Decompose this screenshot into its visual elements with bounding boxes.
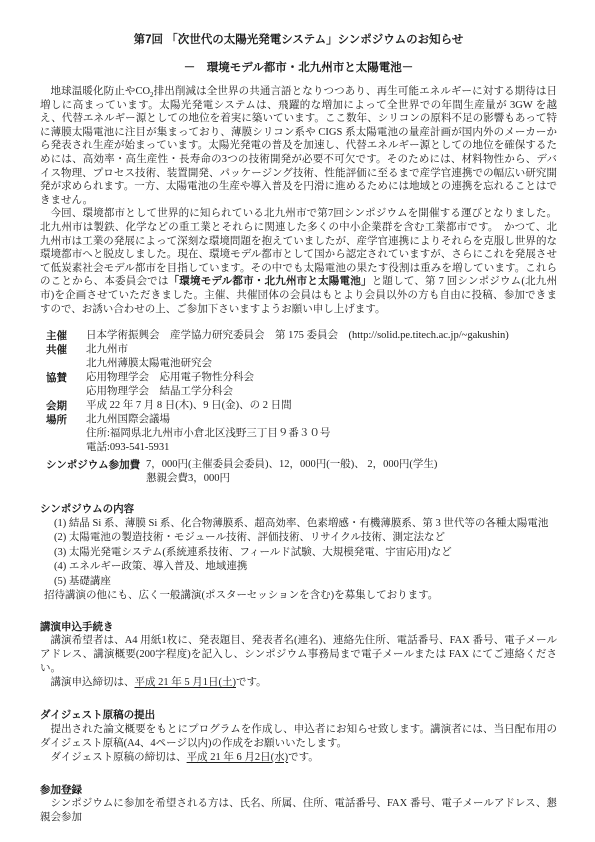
info-row-cohost: 共催 北九州市 北九州薄膜太陽電池研究会 — [46, 343, 557, 371]
info-value-line: 北九州国際会議場 — [86, 413, 557, 427]
info-value-cohost: 北九州市 北九州薄膜太陽電池研究会 — [86, 343, 557, 371]
application-deadline: 講演申込締切は、平成 21 年 5 月1日(土)です。 — [40, 676, 557, 690]
document-subtitle: － 環境モデル都市・北九州市と太陽電池－ — [40, 61, 557, 75]
info-value-line: 電話:093-541-5931 — [86, 441, 557, 455]
section-heading-application: 講演申込手続き — [40, 620, 557, 635]
section-registration: 参加登録 シンポジウムに参加を希望される方は、氏名、所属、住所、電話番号、FAX… — [40, 783, 557, 826]
intro-p1-rest: 排出削減は全世界の共通言語となりつつあり、再生可能エネルギーに対する期待は日増し… — [40, 86, 557, 206]
info-row-organizer: 主催 日本学術振興会 産学協力研究委員会 第 175 委員会 (http://s… — [46, 329, 557, 343]
info-value-line: 北九州市 — [86, 343, 557, 357]
document-title: 第7回 「次世代の太陽光発電システム」シンポジウムのお知らせ — [40, 33, 557, 47]
info-label-fee: シンポジウム参加費 — [46, 458, 146, 486]
contents-item-2: (2) 太陽電池の製造技術・モジュール技術、評価技術、リサイクル技術、測定法など — [54, 531, 557, 546]
application-deadline-suffix: です。 — [236, 677, 267, 688]
contents-note: 招待講演の他にも、広く一般講演(ポスターセッションを含む)を募集しております。 — [44, 589, 557, 604]
info-row-dates: 会期 平成 22 年 7 月 8 日(木)、9 日(金)、の 2 日間 — [46, 399, 557, 413]
info-value-line: 北九州薄膜太陽電池研究会 — [86, 357, 557, 371]
info-row-sponsor: 協賛 応用物理学会 応用電子物性分科会 応用物理学会 結晶工学分科会 — [46, 371, 557, 399]
digest-deadline: ダイジェスト原稿の締切は、平成 21 年 6 月2日(水)です。 — [40, 751, 557, 765]
digest-deadline-prefix: ダイジェスト原稿の締切は、 — [51, 752, 187, 763]
info-value-organizer: 日本学術振興会 産学協力研究委員会 第 175 委員会 (http://soli… — [86, 329, 557, 343]
event-info-list: 主催 日本学術振興会 産学協力研究委員会 第 175 委員会 (http://s… — [46, 329, 557, 486]
intro-block: 地球温暖化防止やCO2排出削減は全世界の共通言語となりつつあり、再生可能エネルギ… — [40, 85, 557, 316]
contents-item-5: (5) 基礎講座 — [54, 575, 557, 590]
info-value-sponsor: 応用物理学会 応用電子物性分科会 応用物理学会 結晶工学分科会 — [86, 371, 557, 399]
info-label-venue: 場所 — [46, 413, 86, 455]
contents-item-3: (3) 太陽光発電システム(系統連系技術、フィールド試験、大規模発電、宇宙応用)… — [54, 546, 557, 561]
section-symposium-contents: シンポジウムの内容 (1) 結晶 Si 系、薄膜 Si 系、化合物薄膜系、超高効… — [40, 502, 557, 604]
registration-body: シンポジウムに参加を希望される方は、氏名、所属、住所、電話番号、FAX 番号、電… — [40, 797, 557, 825]
info-value-line: 7，000円(主催委員会委員)、12，000円(一般)、 2，000円(学生) — [146, 458, 557, 472]
document-page: 第7回 「次世代の太陽光発電システム」シンポジウムのお知らせ － 環境モデル都市… — [0, 0, 595, 842]
intro-p1-lead: 地球温暖化防止やCO — [51, 86, 151, 97]
digest-body: 提出された論文概要をもとにプログラムを作成し、申込者にお知らせ致します。講演者に… — [40, 723, 557, 751]
info-value-line: 応用物理学会 応用電子物性分科会 — [86, 371, 557, 385]
application-deadline-prefix: 講演申込締切は、 — [51, 677, 135, 688]
info-value-line: 住所:福岡県北九州市小倉北区浅野三丁目９番３０号 — [86, 427, 557, 441]
section-heading-contents: シンポジウムの内容 — [40, 502, 557, 517]
section-heading-registration: 参加登録 — [40, 783, 557, 798]
intro-paragraph-1: 地球温暖化防止やCO2排出削減は全世界の共通言語となりつつあり、再生可能エネルギ… — [40, 85, 557, 207]
info-label-sponsor: 協賛 — [46, 371, 86, 399]
info-value-line: 応用物理学会 結晶工学分科会 — [86, 385, 557, 399]
application-deadline-date: 平成 21 年 5 月1日(土) — [135, 677, 237, 688]
digest-deadline-suffix: です。 — [288, 752, 319, 763]
info-value-line: 平成 22 年 7 月 8 日(木)、9 日(金)、の 2 日間 — [86, 399, 557, 413]
info-label-dates: 会期 — [46, 399, 86, 413]
contents-item-list: (1) 結晶 Si 系、薄膜 Si 系、化合物薄膜系、超高効率、色素増感・有機薄… — [54, 517, 557, 590]
info-value-dates: 平成 22 年 7 月 8 日(木)、9 日(金)、の 2 日間 — [86, 399, 557, 413]
section-digest: ダイジェスト原稿の提出 提出された論文概要をもとにプログラムを作成し、申込者にお… — [40, 708, 557, 765]
intro-paragraph-2: 今回、環境都市として世界的に知られている北九州市で第7回シンポジウムを開催する運… — [40, 207, 557, 316]
info-value-line: 懇親会費3，000円 — [146, 472, 557, 486]
info-label-organizer: 主催 — [46, 329, 86, 343]
info-row-fee: シンポジウム参加費 7，000円(主催委員会委員)、12，000円(一般)、 2… — [46, 458, 557, 486]
info-value-fee: 7，000円(主催委員会委員)、12，000円(一般)、 2，000円(学生) … — [146, 458, 557, 486]
digest-deadline-date: 平成 21 年 6 月2日(水) — [187, 752, 289, 763]
symposium-theme-bold: 「環境モデル都市・北九州市と太陽電池」 — [169, 276, 372, 287]
section-heading-digest: ダイジェスト原稿の提出 — [40, 708, 557, 723]
info-value-line: 日本学術振興会 産学協力研究委員会 第 175 委員会 (http://soli… — [86, 329, 557, 343]
info-value-venue: 北九州国際会議場 住所:福岡県北九州市小倉北区浅野三丁目９番３０号 電話:093… — [86, 413, 557, 455]
contents-item-4: (4) エネルギー政策、導入普及、地域連携 — [54, 560, 557, 575]
application-body: 講演希望者は、A4 用紙1枚に、発表題目、発表者名(連名)、連絡先住所、電話番号… — [40, 634, 557, 676]
info-row-venue: 場所 北九州国際会議場 住所:福岡県北九州市小倉北区浅野三丁目９番３０号 電話:… — [46, 413, 557, 455]
contents-item-1: (1) 結晶 Si 系、薄膜 Si 系、化合物薄膜系、超高効率、色素増感・有機薄… — [54, 517, 557, 532]
section-application: 講演申込手続き 講演希望者は、A4 用紙1枚に、発表題目、発表者名(連名)、連絡… — [40, 620, 557, 691]
info-label-cohost: 共催 — [46, 343, 86, 371]
